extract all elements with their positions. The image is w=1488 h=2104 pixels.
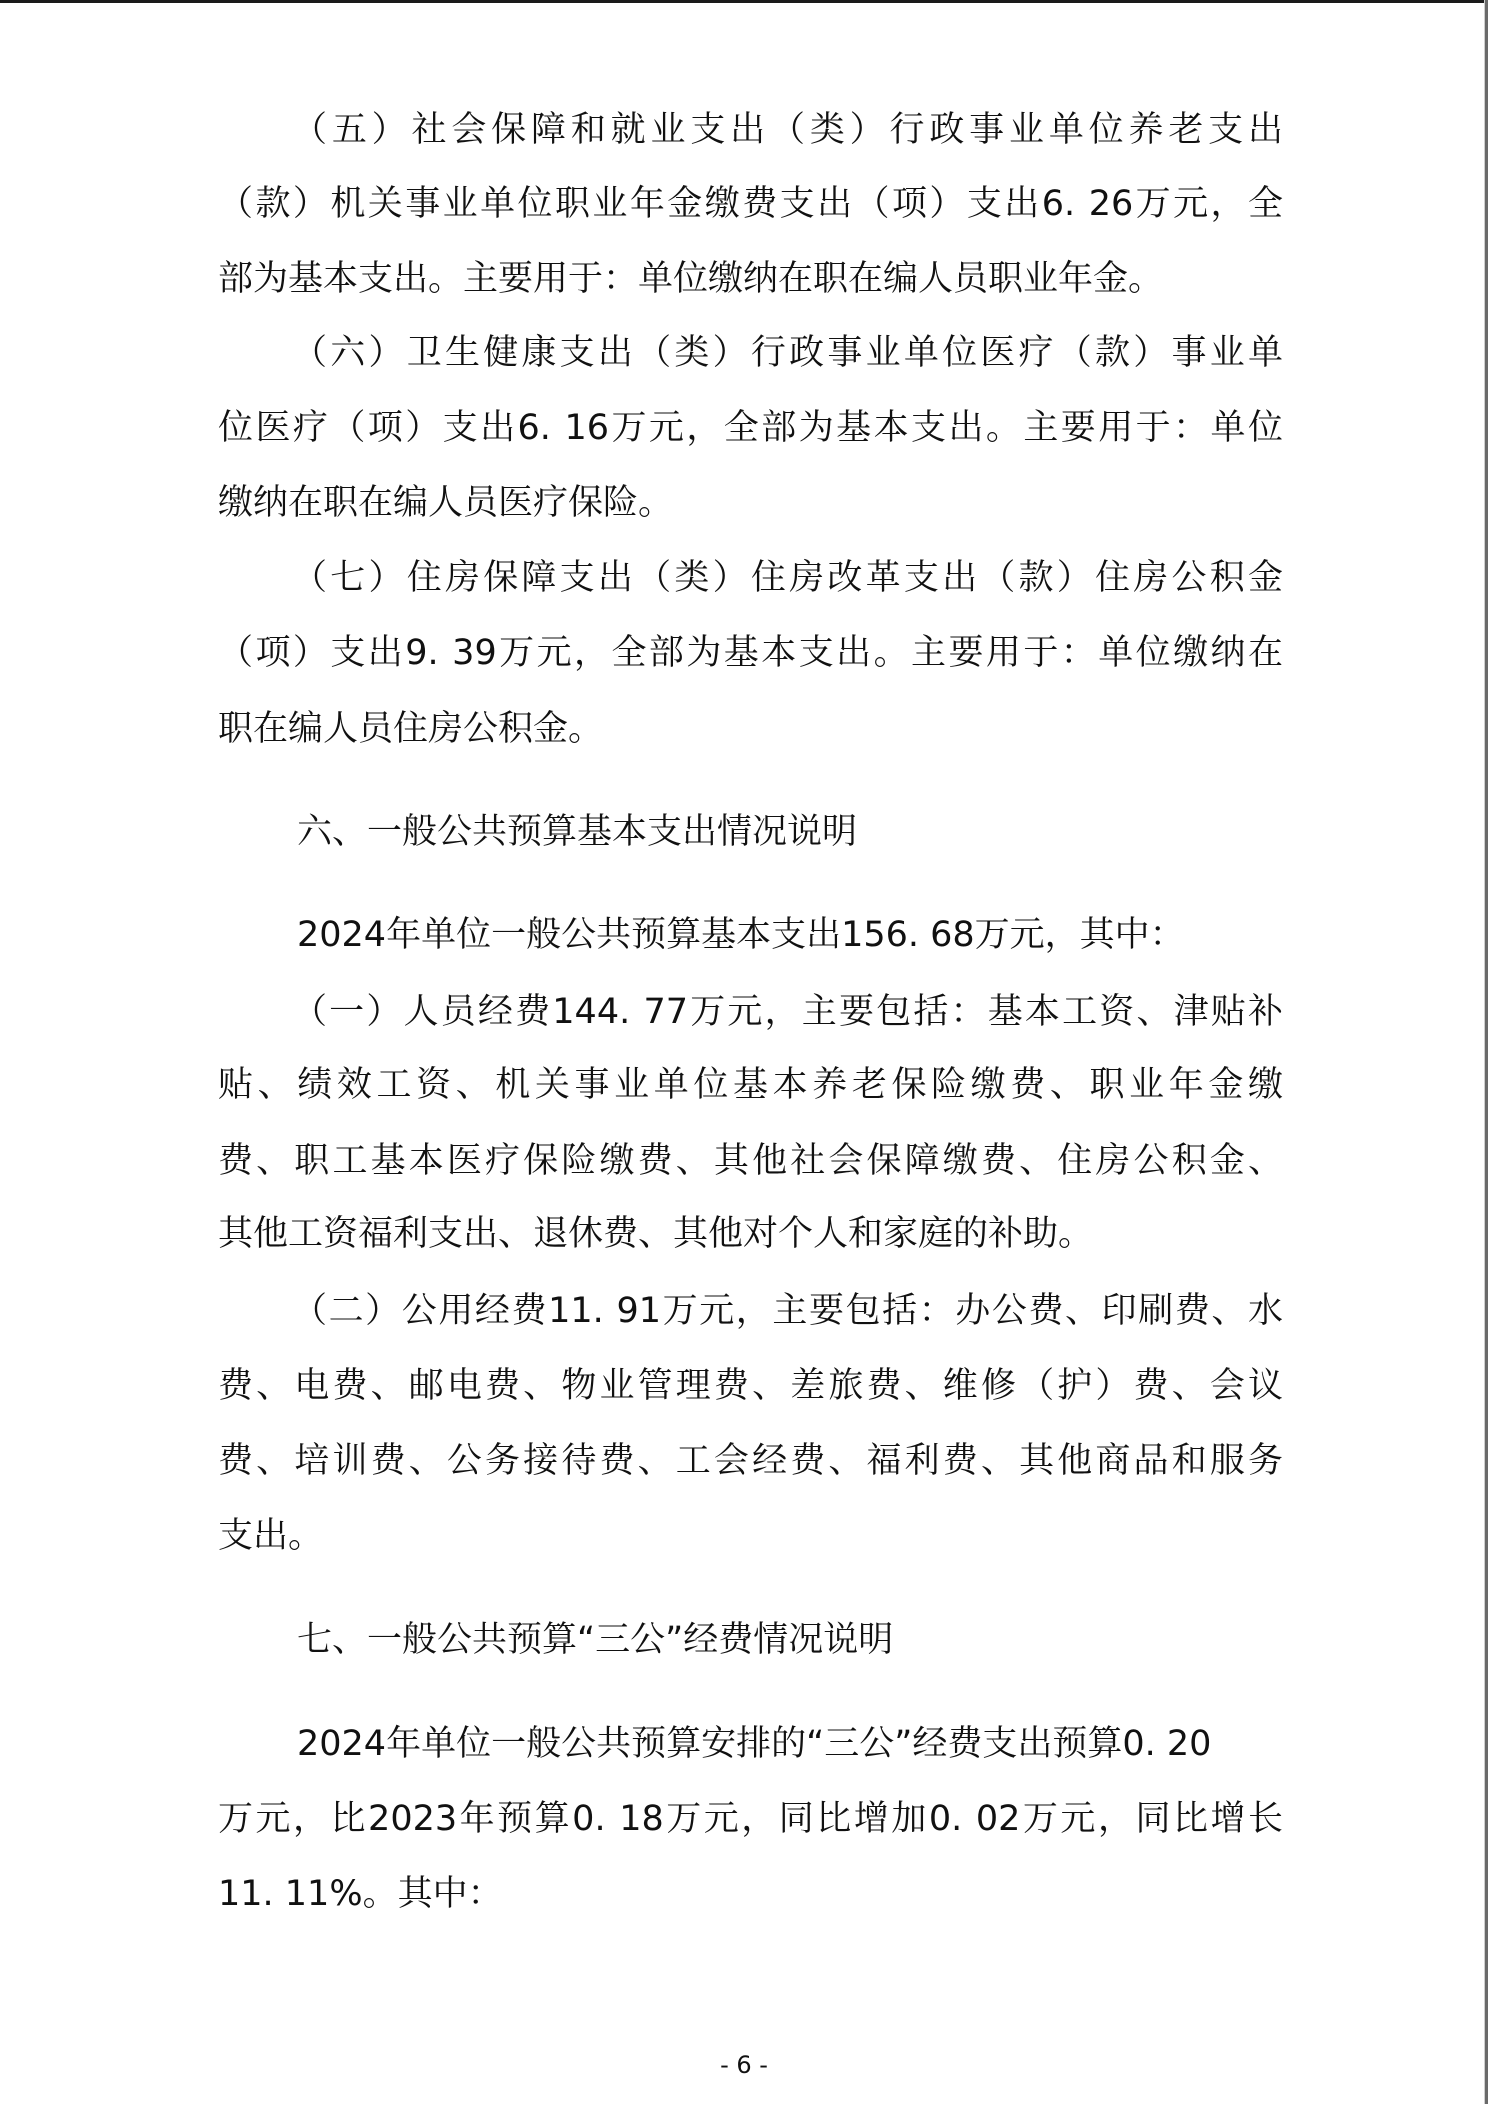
item7-line-2: （项）支出9. 39万元，全部为基本支出。主要用于：单位缴纳在 <box>218 628 1283 678</box>
section7-line-1: 2024年单位一般公共预算安排的“三公”经费支出预算0. 20 <box>297 1719 1283 1769</box>
section7-line-2: 万元，比2023年预算0. 18万元，同比增加0. 02万元，同比增长 <box>218 1794 1283 1844</box>
document-page: （五）社会保障和就业支出（类）行政事业单位养老支出 （款）机关事业单位职业年金缴… <box>0 0 1488 2104</box>
personnel-line-3: 费、职工基本医疗保险缴费、其他社会保障缴费、住房公积金、 <box>218 1136 1283 1186</box>
section6-heading: 六、一般公共预算基本支出情况说明 <box>297 807 857 857</box>
personnel-line-2: 贴、绩效工资、机关事业单位基本养老保险缴费、职业年金缴 <box>218 1060 1283 1110</box>
public-line-3: 费、培训费、公务接待费、工会经费、福利费、其他商品和服务 <box>218 1436 1283 1486</box>
section6-intro: 2024年单位一般公共预算基本支出156. 68万元，其中： <box>297 910 1283 960</box>
personnel-line-1: （一）人员经费144. 77万元，主要包括：基本工资、津贴补 <box>292 987 1283 1037</box>
item5-line-1: （五）社会保障和就业支出（类）行政事业单位养老支出 <box>292 105 1283 155</box>
item6-line-3: 缴纳在职在编人员医疗保险。 <box>218 478 1283 528</box>
page-number: - 6 - <box>0 2050 1488 2080</box>
public-line-4: 支出。 <box>218 1511 1283 1561</box>
personnel-line-4: 其他工资福利支出、退休费、其他对个人和家庭的补助。 <box>218 1209 1283 1259</box>
public-line-1: （二）公用经费11. 91万元，主要包括：办公费、印刷费、水 <box>292 1286 1283 1336</box>
section7-line-3: 11. 11%。其中： <box>218 1869 1283 1919</box>
item5-line-2: （款）机关事业单位职业年金缴费支出（项）支出6. 26万元，全 <box>218 179 1283 229</box>
public-line-2: 费、电费、邮电费、物业管理费、差旅费、维修（护）费、会议 <box>218 1361 1283 1411</box>
section7-heading: 七、一般公共预算“三公”经费情况说明 <box>297 1615 893 1665</box>
item7-line-3: 职在编人员住房公积金。 <box>218 704 1283 754</box>
item5-line-3: 部为基本支出。主要用于：单位缴纳在职在编人员职业年金。 <box>218 254 1283 304</box>
item6-line-2: 位医疗（项）支出6. 16万元，全部为基本支出。主要用于：单位 <box>218 403 1283 453</box>
item6-line-1: （六）卫生健康支出（类）行政事业单位医疗（款）事业单 <box>292 328 1283 378</box>
page-top-border <box>0 0 1488 3</box>
item7-line-1: （七）住房保障支出（类）住房改革支出（款）住房公积金 <box>292 553 1283 603</box>
